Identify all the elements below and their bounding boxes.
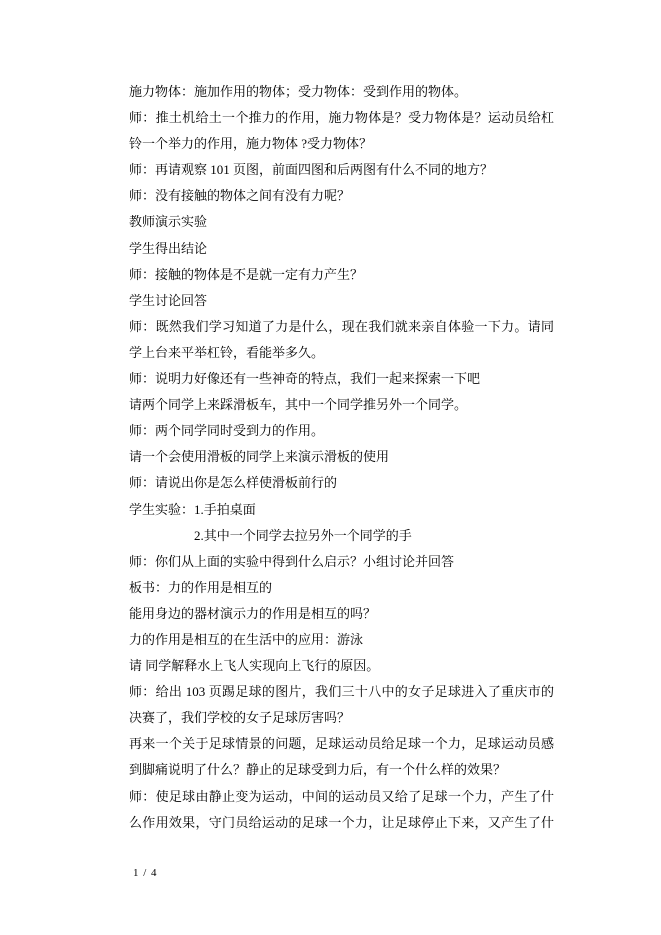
doc-line: 铃一个举力的作用，施力物体 ?受力物体？ xyxy=(129,131,554,157)
doc-line: 师：给出 103 页踢足球的图片，我们三十八中的女子足球进入了重庆市的 xyxy=(129,679,554,705)
doc-line: 师：请说出你是怎么样使滑板前行的 xyxy=(129,470,554,496)
doc-line: 师：再请观察 101 页图，前面四图和后两图有什么不同的地方？ xyxy=(129,157,554,183)
doc-line: 学生实验：1.手拍桌面 xyxy=(129,497,554,523)
document-page: 施力物体：施加作用的物体；受力物体：受到作用的物体。 师：推土机给土一个推力的作… xyxy=(0,0,661,935)
doc-line: 板书：力的作用是相互的 xyxy=(129,575,554,601)
doc-line: 教师演示实验 xyxy=(129,209,554,235)
doc-line: 师：既然我们学习知道了力是什么，现在我们就来亲自体验一下力。请同 xyxy=(129,314,554,340)
doc-line: 学生讨论回答 xyxy=(129,288,554,314)
doc-line: 师：接触的物体是不是就一定有力产生？ xyxy=(129,262,554,288)
doc-line: 师：说明力好像还有一些神奇的特点，我们一起来探索一下吧 xyxy=(129,366,554,392)
doc-line: 请一个会使用滑板的同学上来演示滑板的使用 xyxy=(129,444,554,470)
doc-line: 到脚痛说明了什么？静止的足球受到力后，有一个什么样的效果？ xyxy=(129,757,554,783)
doc-line: 师：没有接触的物体之间有没有力呢？ xyxy=(129,183,554,209)
doc-line: 决赛了，我们学校的女子足球厉害吗？ xyxy=(129,705,554,731)
doc-line: 师：推土机给土一个推力的作用，施力物体是？受力物体是？运动员给杠 xyxy=(129,105,554,131)
doc-line: 力的作用是相互的在生活中的应用：游泳 xyxy=(129,627,554,653)
doc-line: 2.其中一个同学去拉另外一个同学的手 xyxy=(129,523,554,549)
doc-line: 请 同学解释水上飞人实现向上飞行的原因。 xyxy=(129,653,554,679)
doc-line: 能用身边的器材演示力的作用是相互的吗？ xyxy=(129,601,554,627)
doc-line: 施力物体：施加作用的物体；受力物体：受到作用的物体。 xyxy=(129,79,554,105)
doc-line: 学生得出结论 xyxy=(129,236,554,262)
doc-line: 师：两个同学同时受到力的作用。 xyxy=(129,418,554,444)
document-body: 施力物体：施加作用的物体；受力物体：受到作用的物体。 师：推土机给土一个推力的作… xyxy=(129,79,554,836)
doc-line: 请两个同学上来踩滑板车，其中一个同学推另外一个同学。 xyxy=(129,392,554,418)
doc-line: 师：使足球由静止变为运动，中间的运动员又给了足球一个力，产生了什 xyxy=(129,784,554,810)
page-number: 1 / 4 xyxy=(133,866,158,880)
doc-line: 师：你们从上面的实验中得到什么启示？小组讨论并回答 xyxy=(129,549,554,575)
doc-line: 学上台来平举杠铃，看能举多久。 xyxy=(129,340,554,366)
doc-line: 么作用效果，守门员给运动的足球一个力，让足球停止下来，又产生了什 xyxy=(129,810,554,836)
doc-line: 再来一个关于足球情景的问题，足球运动员给足球一个力，足球运动员感 xyxy=(129,731,554,757)
